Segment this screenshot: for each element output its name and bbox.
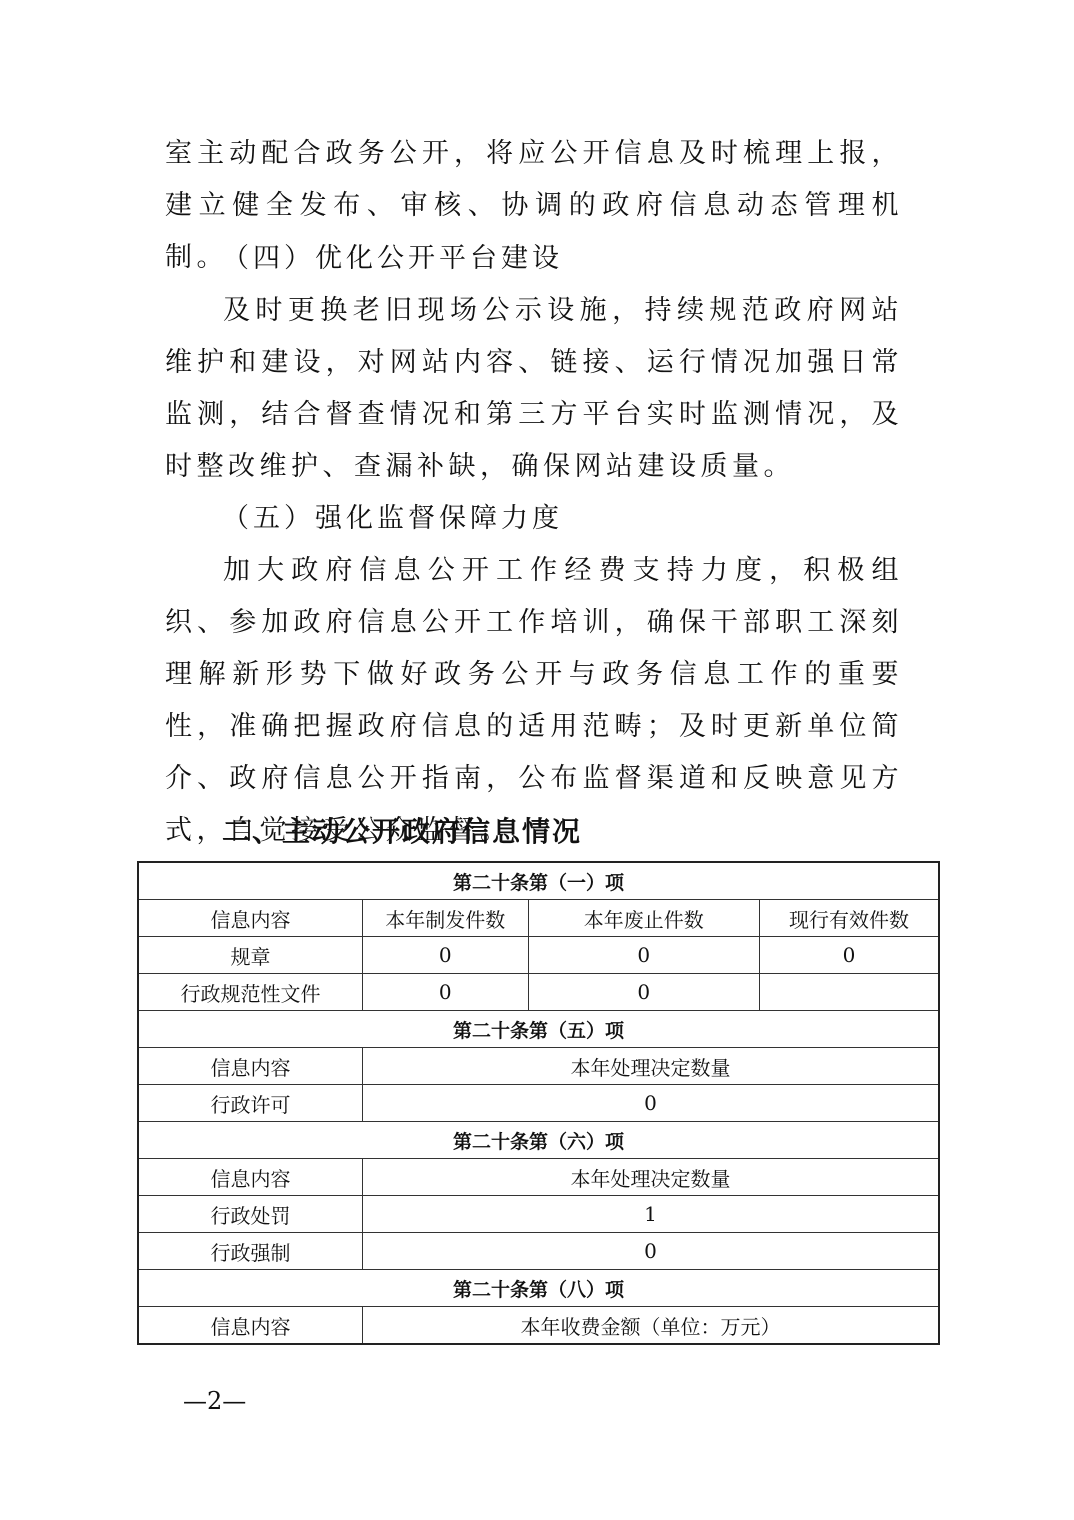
- page-number: —2—: [183, 1387, 246, 1415]
- section-row: 第二十条第（一）项: [138, 862, 939, 900]
- header-cell: 现行有效件数: [759, 900, 939, 937]
- table-cell: 0: [528, 937, 759, 974]
- section-title: 第二十条第（八）项: [138, 1270, 939, 1307]
- table-cell: 0: [362, 1085, 939, 1122]
- section-heading: 二、主动公开政府信息情况: [222, 806, 582, 858]
- table-cell: 规章: [138, 937, 362, 974]
- table-cell: 行政许可: [138, 1085, 362, 1122]
- table-row: 行政许可 0: [138, 1085, 939, 1122]
- header-cell: 本年处理决定数量: [362, 1048, 939, 1085]
- section-title: 第二十条第（一）项: [138, 862, 939, 900]
- table-cell: 0: [362, 974, 528, 1011]
- table-cell: 1: [362, 1196, 939, 1233]
- header-cell: 信息内容: [138, 1159, 362, 1196]
- header-cell: 本年收费金额（单位：万元）: [362, 1307, 939, 1345]
- section-title: 第二十条第（五）项: [138, 1011, 939, 1048]
- table-row: 行政规范性文件 0 0: [138, 974, 939, 1011]
- table-cell: 行政规范性文件: [138, 974, 362, 1011]
- paragraph-platform: 及时更换老旧现场公示设施，持续规范政府网站维护和建设，对网站内容、链接、运行情况…: [165, 285, 903, 493]
- table-cell: 行政处罚: [138, 1196, 362, 1233]
- table-row: 行政处罚 1: [138, 1196, 939, 1233]
- header-cell: 信息内容: [138, 1307, 362, 1345]
- table-row: 行政强制 0: [138, 1233, 939, 1270]
- table-cell: 0: [759, 937, 939, 974]
- header-row: 信息内容 本年处理决定数量: [138, 1048, 939, 1085]
- table-cell: 0: [362, 937, 528, 974]
- header-row: 信息内容 本年收费金额（单位：万元）: [138, 1307, 939, 1345]
- table-cell: 行政强制: [138, 1233, 362, 1270]
- section-row: 第二十条第（六）项: [138, 1122, 939, 1159]
- section-row: 第二十条第（八）项: [138, 1270, 939, 1307]
- header-row: 信息内容 本年处理决定数量: [138, 1159, 939, 1196]
- header-cell: 本年制发件数: [362, 900, 528, 937]
- table-cell: 0: [362, 1233, 939, 1270]
- subheading-platform: （四）优化公开平台建设: [222, 233, 563, 285]
- header-cell: 本年废止件数: [528, 900, 759, 937]
- disclosure-table: 第二十条第（一）项 信息内容 本年制发件数 本年废止件数 现行有效件数 规章 0…: [137, 861, 940, 1345]
- header-cell: 本年处理决定数量: [362, 1159, 939, 1196]
- subheading-supervision: （五）强化监督保障力度: [222, 493, 563, 545]
- section-row: 第二十条第（五）项: [138, 1011, 939, 1048]
- table-cell: [759, 974, 939, 1011]
- header-row: 信息内容 本年制发件数 本年废止件数 现行有效件数: [138, 900, 939, 937]
- header-cell: 信息内容: [138, 900, 362, 937]
- table-cell: 0: [528, 974, 759, 1011]
- section-title: 第二十条第（六）项: [138, 1122, 939, 1159]
- header-cell: 信息内容: [138, 1048, 362, 1085]
- table-row: 规章 0 0 0: [138, 937, 939, 974]
